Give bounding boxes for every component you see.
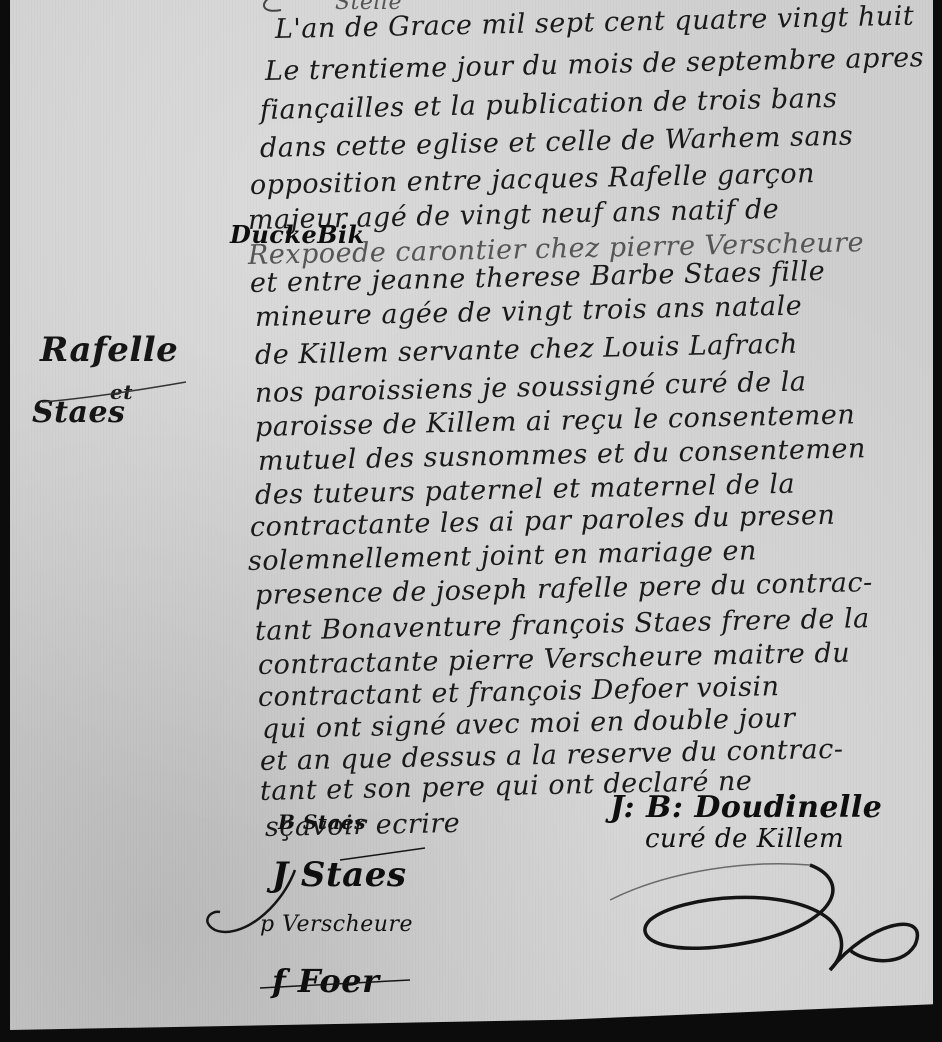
interlinear-insertion: DuckeBik: [230, 220, 365, 249]
body-line-10: de Killem servante chez Louis Lafrach: [255, 329, 798, 371]
witness-4-flourish: [250, 958, 420, 1028]
margin-note-rafelle: Rafelle: [40, 330, 178, 370]
witness-signature-3: p Verscheure: [260, 912, 413, 937]
document-page: Stelle Rafelle et Staes L'an de Grace mi…: [10, 0, 933, 1030]
body-line-4: dans cette eglise et celle de Warhem san…: [260, 121, 854, 164]
priest-paraph-flourish: [610, 860, 930, 980]
body-line-3: fiançailles et la publication de trois b…: [260, 83, 838, 126]
body-line-2: Le trentieme jour du mois de septembre a…: [265, 42, 925, 87]
witness-signature-1: B Staes: [278, 810, 366, 834]
priest-title: curé de Killem: [645, 824, 844, 854]
margin-strike-flourish: [40, 380, 190, 410]
priest-signature: J: B: Doudinelle: [610, 790, 882, 825]
